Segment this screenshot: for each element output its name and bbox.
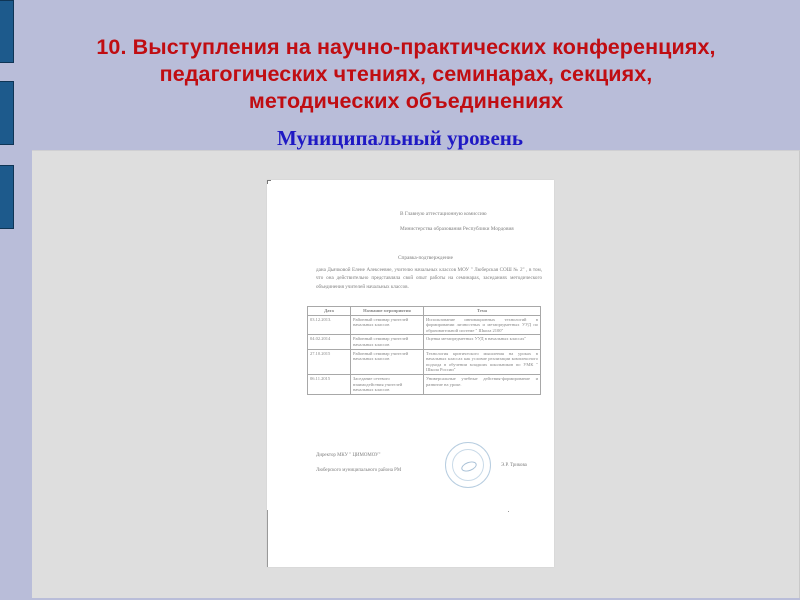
date-cell: 03.12.2013. (308, 315, 351, 335)
event-cell: Районный семинар учителей начальных клас… (351, 335, 424, 349)
date-cell: 27.10.2015 (308, 349, 351, 374)
document-body: дана Дьячковой Елене Алексеевне, учителю… (316, 266, 542, 291)
table-row: 06.11.2015Заседание сетевого взаимодейст… (308, 374, 541, 394)
addressee-line: В Главную аттестационную комиссию (400, 207, 514, 222)
topic-cell: Универсальные учебные действия-формирова… (424, 374, 541, 394)
slide-subtitle: Муниципальный уровень (0, 126, 800, 150)
header-topic: Тема (424, 307, 541, 316)
slide-title: 10. Выступления на научно-практических к… (12, 34, 800, 115)
scan-edge-mark (267, 510, 268, 567)
document-signature: Директор МКУ " ЦИМОМОУ" Люберского муниц… (316, 448, 401, 478)
side-tab-3 (0, 165, 14, 229)
slide-title-line: 10. Выступления на научно-практических к… (12, 34, 800, 61)
event-cell: Районный семинар учителей начальных клас… (351, 315, 424, 335)
scan-speck (508, 511, 509, 512)
document-title: Справка-подтверждение (267, 255, 554, 261)
events-table: Дата Название мероприятия Тема 03.12.201… (307, 306, 541, 395)
signature-line: Люберского муниципального района РМ (316, 463, 401, 478)
stamp-seal-icon (445, 442, 491, 488)
header-event: Название мероприятия (351, 307, 424, 316)
addressee-line: Министерства образования Республики Морд… (400, 222, 514, 237)
scan-corner-mark (267, 180, 271, 184)
table-header-row: Дата Название мероприятия Тема (308, 307, 541, 316)
event-cell: Заседание сетевого взаимодействия учител… (351, 374, 424, 394)
table-row: 27.10.2015Районный семинар учителей нача… (308, 349, 541, 374)
signer-name: Э.Р. Трикова (501, 463, 527, 468)
date-cell: 06.11.2015 (308, 374, 351, 394)
event-cell: Районный семинар учителей начальных клас… (351, 349, 424, 374)
header-date: Дата (308, 307, 351, 316)
topic-cell: Использование инновационных технологий в… (424, 315, 541, 335)
topic-cell: Оценка метапредметных УУД в начальных кл… (424, 335, 541, 349)
slide-title-line: методических объединениях (12, 88, 800, 115)
signature-line: Директор МКУ " ЦИМОМОУ" (316, 448, 401, 463)
table-row: 03.12.2013.Районный семинар учителей нач… (308, 315, 541, 335)
date-cell: 04.02.2014 (308, 335, 351, 349)
topic-cell: Технология критического мышления на урок… (424, 349, 541, 374)
document-scan: В Главную аттестационную комиссию Минист… (267, 180, 554, 567)
table-row: 04.02.2014Районный семинар учителей нача… (308, 335, 541, 349)
slide-title-line: педагогических чтениях, семинарах, секци… (12, 61, 800, 88)
document-addressee: В Главную аттестационную комиссию Минист… (400, 207, 514, 237)
